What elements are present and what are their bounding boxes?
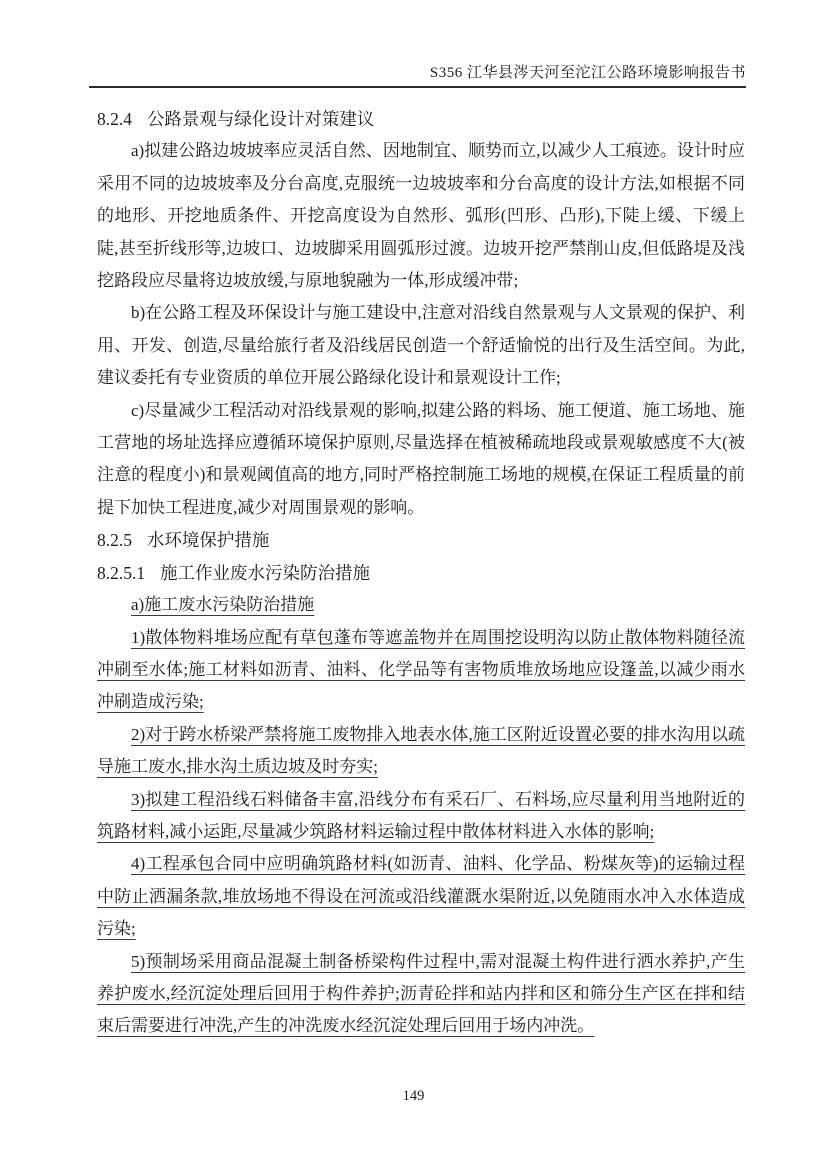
heading-title: 水环境保护措施 bbox=[147, 530, 270, 550]
heading-title: 公路景观与绿化设计对策建议 bbox=[147, 109, 375, 129]
section-heading-8-2-4: 8.2.4公路景观与绿化设计对策建议 bbox=[97, 103, 745, 135]
paragraph-landscape-a: a)拟建公路边坡坡率应灵活自然、因地制宜、顺势而立,以减少人工痕迹。设计时应采用… bbox=[97, 135, 745, 297]
section-heading-8-2-5-1: 8.2.5.1施工作业废水污染防治措施 bbox=[97, 557, 745, 589]
page-number: 149 bbox=[403, 1088, 425, 1104]
heading-number: 8.2.4 bbox=[97, 109, 132, 129]
paragraph-landscape-c: c)尽量减少工程活动对沿线景观的影响,拟建公路的料场、施工便道、施工场地、施工营… bbox=[97, 395, 745, 525]
page-header: S356 江华县涔天河至沱江公路环境影响报告书 bbox=[89, 0, 746, 88]
paragraph-measure-3: 3)拟建工程沿线石料储备丰富,沿线分布有采石厂、石料场,应尽量利用当地附近的筑路… bbox=[97, 784, 745, 849]
paragraph-measure-2: 2)对于跨水桥梁严禁将施工废物排入地表水体,施工区附近设置必要的排水沟用以疏导施… bbox=[97, 719, 745, 784]
paragraph-landscape-b: b)在公路工程及环保设计与施工建设中,注意对沿线自然景观与人文景观的保护、利用、… bbox=[97, 297, 745, 394]
report-page: S356 江华县涔天河至沱江公路环境影响报告书 8.2.4公路景观与绿化设计对策… bbox=[0, 0, 827, 1169]
paragraph-wastewater-a: a)施工废水污染防治措施 bbox=[97, 589, 745, 621]
paragraph-measure-5: 5)预制场采用商品混凝土制备桥梁构件过程中,需对混凝土构件进行洒水养护,产生养护… bbox=[97, 946, 745, 1043]
heading-title: 施工作业废水污染防治措施 bbox=[160, 563, 370, 583]
heading-number: 8.2.5.1 bbox=[97, 563, 145, 583]
document-body: 8.2.4公路景观与绿化设计对策建议 a)拟建公路边坡坡率应灵活自然、因地制宜、… bbox=[97, 103, 745, 1043]
section-heading-8-2-5: 8.2.5水环境保护措施 bbox=[97, 524, 745, 556]
heading-number: 8.2.5 bbox=[97, 530, 132, 550]
header-running-title: S356 江华县涔天河至沱江公路环境影响报告书 bbox=[89, 63, 746, 86]
paragraph-measure-4: 4)工程承包合同中应明确筑路材料(如沥青、油料、化学品、粉煤灰等)的运输过程中防… bbox=[97, 848, 745, 945]
paragraph-measure-1: 1)散体物料堆场应配有草包蓬布等遮盖物并在周围挖设明沟以防止散体物料随径流冲刷至… bbox=[97, 622, 745, 719]
page-footer: 149 bbox=[0, 1086, 827, 1106]
